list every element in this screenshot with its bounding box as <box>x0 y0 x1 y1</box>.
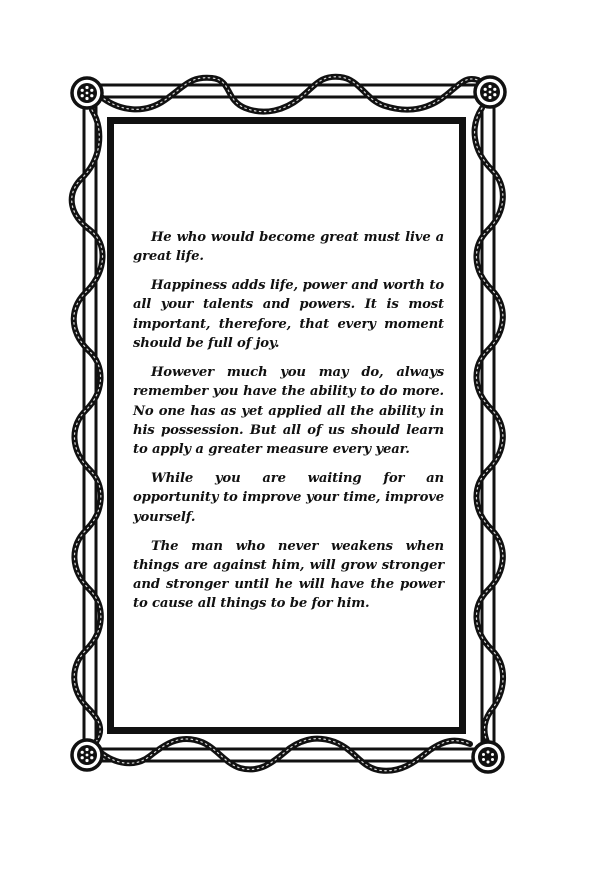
ribbon-top <box>100 77 478 112</box>
rosette-icon <box>475 77 505 107</box>
rosette-icon <box>473 742 503 772</box>
paragraph: While you are waiting for an opportunity… <box>133 469 444 527</box>
paragraph: The man who never weakens when things ar… <box>133 537 444 614</box>
ribbon-bottom <box>100 739 470 771</box>
paragraph: He who would become great must live a gr… <box>133 228 444 267</box>
ribbon-right <box>475 108 503 744</box>
paragraph: However much you may do, always remember… <box>133 363 444 459</box>
paragraph: Happiness adds life, power and worth to … <box>133 276 444 353</box>
rosette-icon <box>72 740 102 770</box>
quotation-text: He who would become great must live a gr… <box>133 228 444 614</box>
ribbon-left <box>72 110 103 742</box>
book-page: He who would become great must live a gr… <box>0 0 600 870</box>
rosette-icon <box>72 78 102 108</box>
